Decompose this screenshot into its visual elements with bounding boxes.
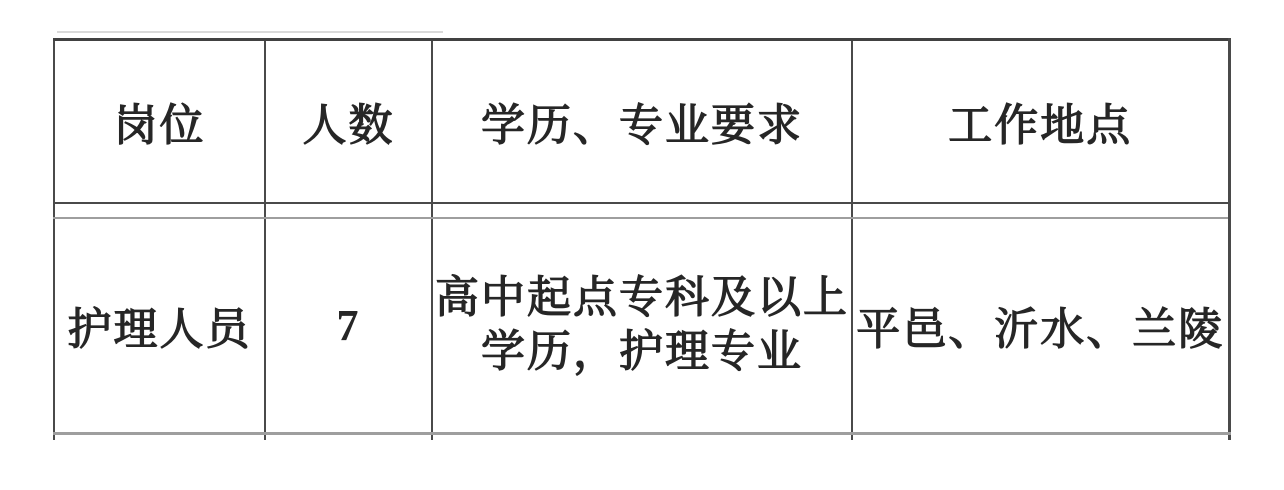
stub-cell (432, 434, 852, 440)
cropped-next-row-stub (54, 434, 1229, 440)
cell-position: 护理人员 (54, 218, 265, 434)
spacer-cell (432, 203, 852, 218)
cell-locations: 平邑、沂水、兰陵 (852, 218, 1229, 434)
table-row: 护理人员 7 高中起点专科及以上 学历，护理专业 平邑、沂水、兰陵 (54, 218, 1229, 434)
header-cell-locations: 工作地点 (852, 40, 1229, 203)
header-row: 岗位 人数 学历、专业要求 工作地点 (54, 40, 1229, 203)
stub-cell (265, 434, 432, 440)
stub-cell (54, 434, 265, 440)
stub-cell (852, 434, 1229, 440)
header-cell-requirements: 学历、专业要求 (432, 40, 852, 203)
recruitment-table: 岗位 人数 学历、专业要求 工作地点 护理人员 7 高中起点专科及以上 学历，护… (53, 38, 1231, 440)
header-cell-headcount: 人数 (265, 40, 432, 203)
cell-headcount: 7 (265, 218, 432, 434)
spacer-row (54, 203, 1229, 218)
cropped-row-artifact-line (57, 31, 443, 33)
spacer-cell (265, 203, 432, 218)
spacer-cell (54, 203, 265, 218)
page: 岗位 人数 学历、专业要求 工作地点 护理人员 7 高中起点专科及以上 学历，护… (0, 0, 1284, 490)
header-cell-position: 岗位 (54, 40, 265, 203)
spacer-cell (852, 203, 1229, 218)
cell-requirements: 高中起点专科及以上 学历，护理专业 (432, 218, 852, 434)
